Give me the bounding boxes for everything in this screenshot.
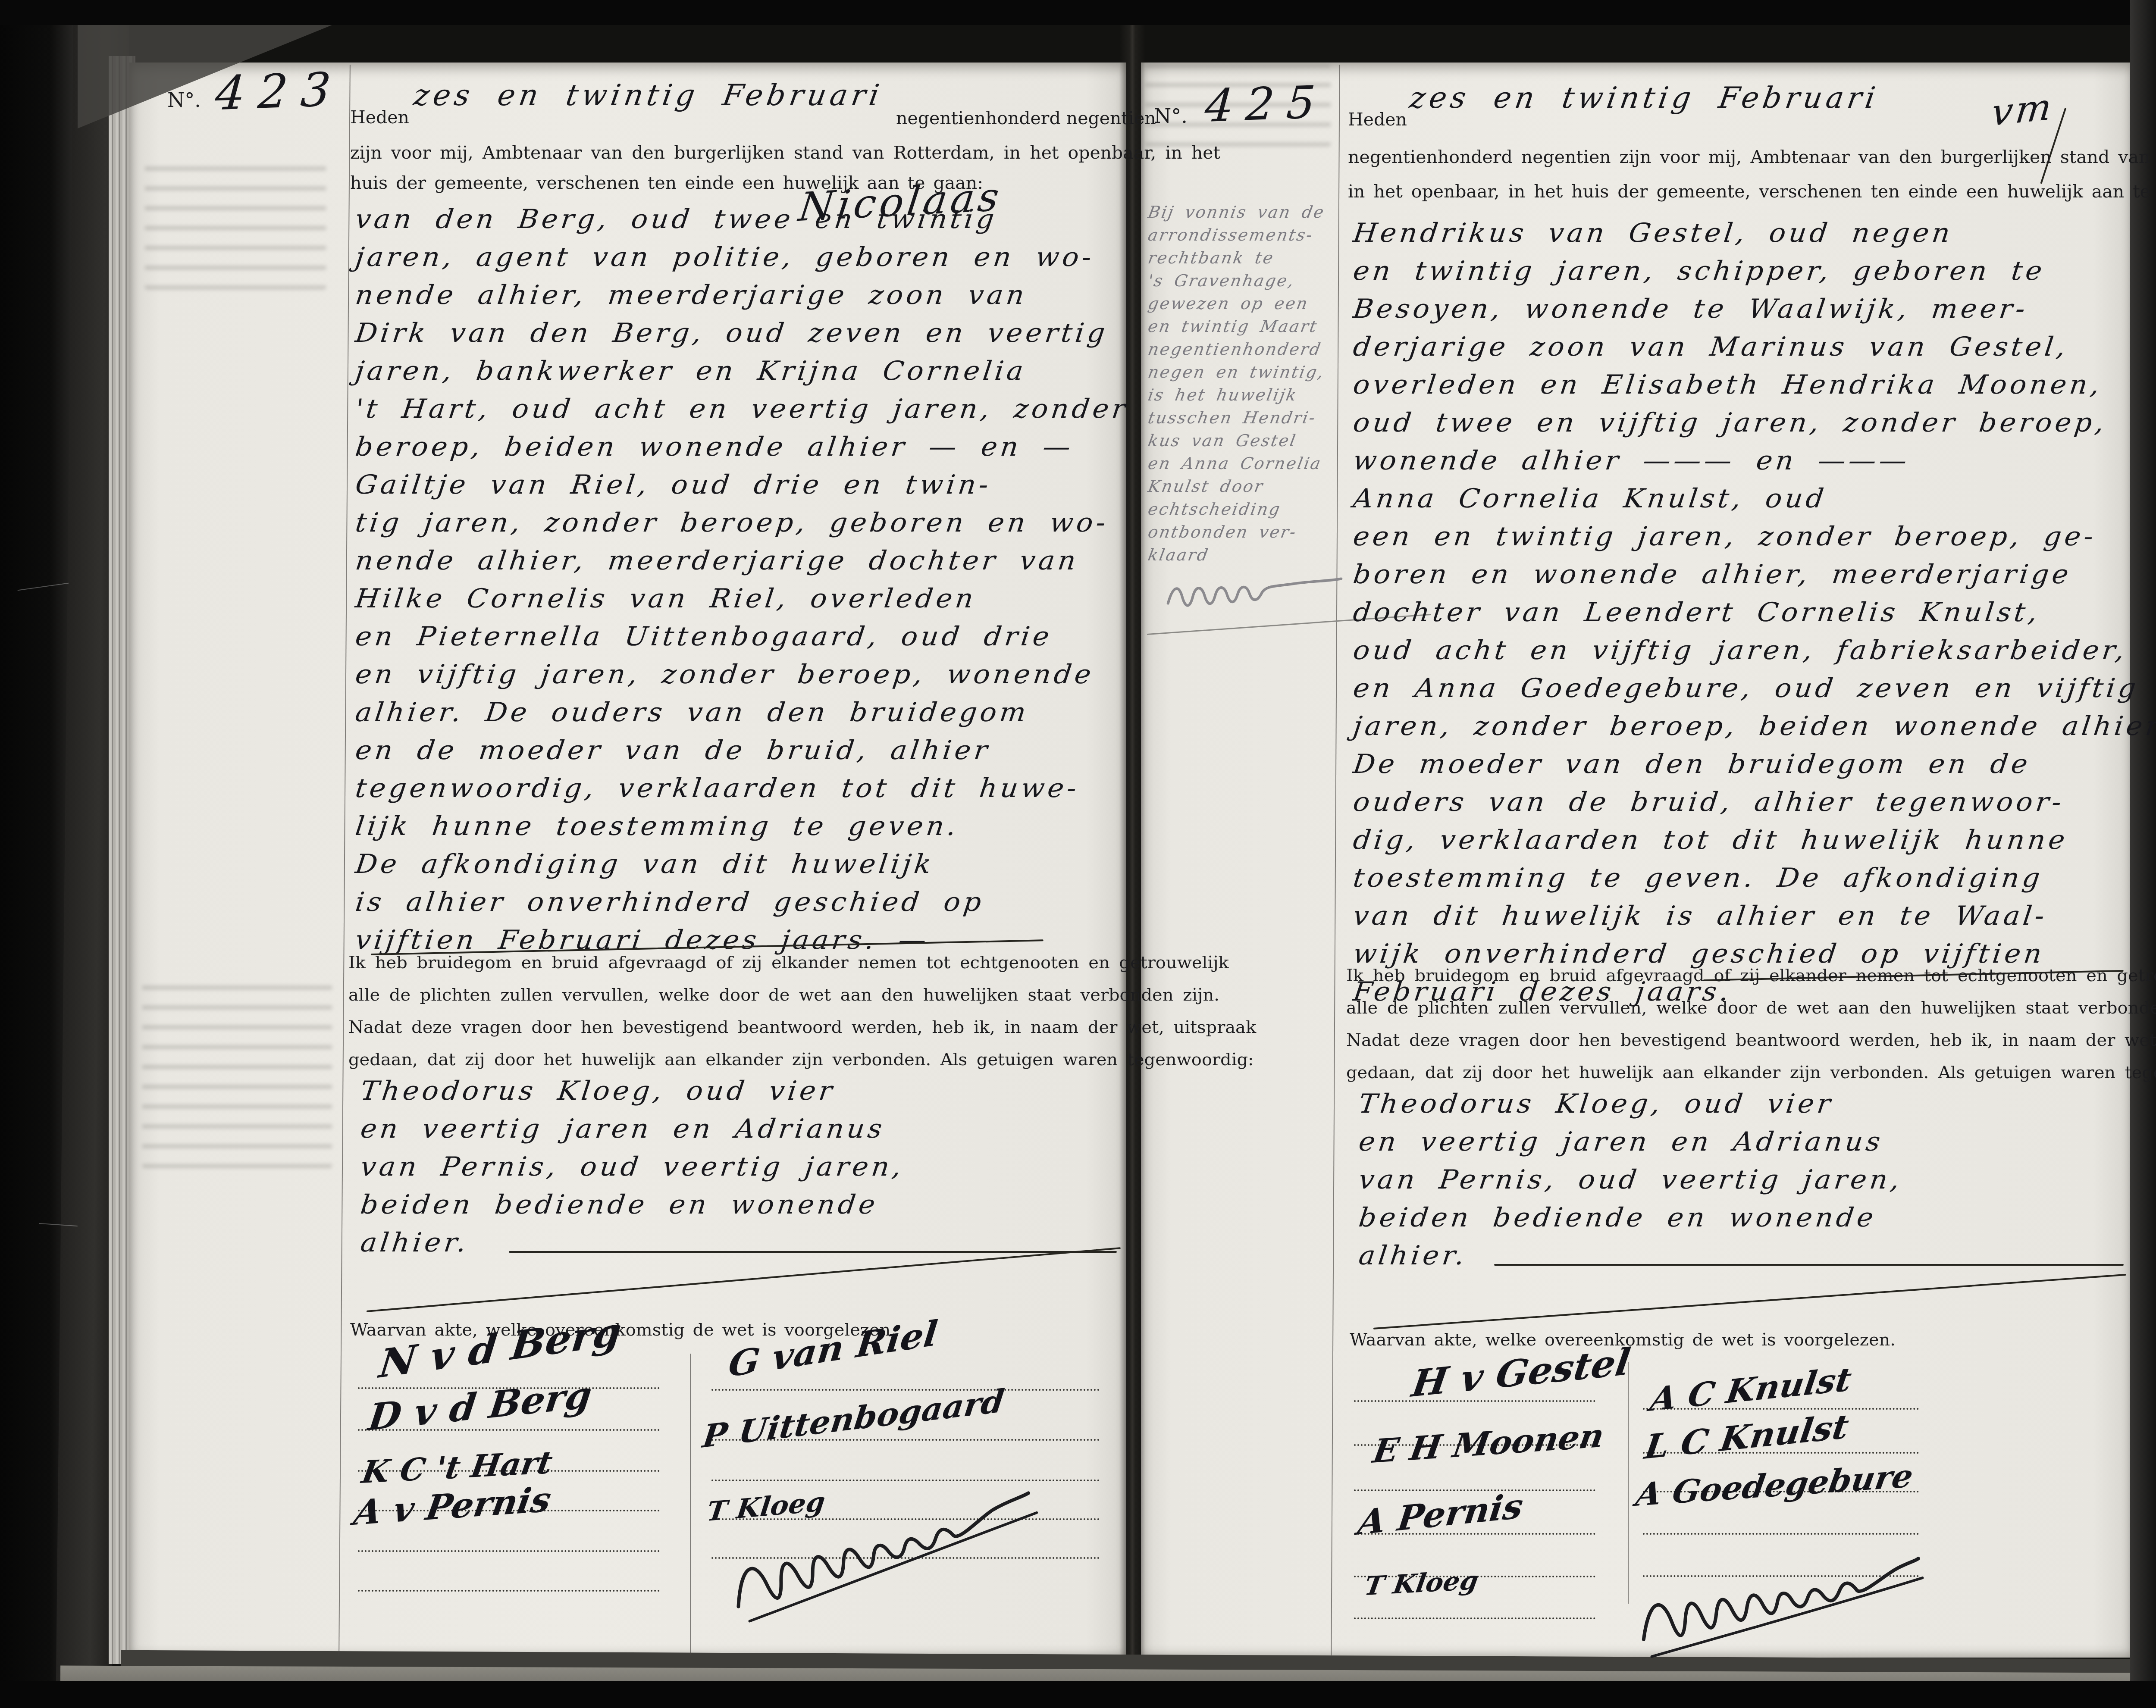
handwritten-line: alhier.	[1356, 1240, 1904, 1278]
handwritten-line: en Pieternella Uittenbogaard, oud drie	[353, 621, 1130, 659]
margin-note-line: rechtbank te	[1146, 248, 1326, 271]
handwritten-line: Anna Cornelia Knulst, oud	[1351, 483, 2156, 521]
microfilm-scan: N°. 423 Heden zes en twintig Februari ne…	[0, 0, 2156, 1708]
oath-printed-block: Ik heb bruidegom en bruid afgevraagd of …	[348, 953, 1256, 1082]
margin-note-line: en twintig Maart	[1146, 317, 1326, 340]
handwritten-line: dochter van Leendert Cornelis Knulst,	[1351, 597, 2156, 635]
printed-line: alle de plichten zullen vervullen, welke…	[348, 985, 1256, 1017]
margin-note-line: klaard	[1146, 545, 1326, 568]
margin-note-line: Bij vonnis van de	[1146, 203, 1326, 225]
handwritten-line: jaren, agent van politie, geboren en wo-	[353, 242, 1130, 280]
act-number-value: 423	[213, 63, 345, 121]
handwritten-line: van dit huwelijk is alhier en te Waal-	[1351, 901, 2156, 938]
handwritten-line: tegenwoordig, verklaarden tot dit huwe-	[353, 773, 1130, 811]
handwritten-line: ouders van de bruid, alhier tegenwoor-	[1351, 787, 2156, 825]
handwritten-line: 't Hart, oud acht en veertig jaren, zond…	[353, 394, 1130, 432]
signature-dotted-line	[711, 1389, 1100, 1391]
handwritten-line: wonende alhier ——— en ———	[1351, 445, 2156, 483]
witnesses-text: Theodorus Kloeg, oud vieren veertig jare…	[358, 1076, 881, 1265]
printed-line: alle de plichten zullen vervullen, welke…	[1346, 998, 2156, 1030]
handwritten-line: overleden en Elisabeth Hendrika Moonen,	[1351, 369, 2156, 407]
handwritten-line: Theodorus Kloeg, oud vier	[1356, 1089, 1904, 1126]
handwritten-line: beiden bediende en wonende	[358, 1189, 906, 1227]
act-number-label: N°.	[167, 88, 201, 112]
handwritten-line: en de moeder van de bruid, alhier	[353, 735, 1130, 773]
margin-note-line: 's Gravenhage,	[1146, 271, 1326, 294]
signature-column-divider	[1628, 1362, 1629, 1604]
printed-line: Nadat deze vragen door hen bevestigend b…	[1346, 1030, 2156, 1063]
margin-note-line: kus van Gestel	[1146, 431, 1326, 454]
handwritten-line: Hilke Cornelis van Riel, overleden	[353, 583, 1130, 621]
handwritten-line: boren en wonende alhier, meerderjarige	[1351, 559, 2156, 597]
handwritten-line: toestemming te geven. De afkondiging	[1351, 863, 2156, 901]
handwritten-line: alhier.	[358, 1227, 906, 1265]
margin-note-line: gewezen op een	[1146, 294, 1326, 317]
margin-note-line: is het huwelijk	[1146, 385, 1326, 408]
handwritten-line: nende alhier, meerderjarige zoon van	[353, 280, 1130, 318]
handwritten-line: jaren, zonder beroep, beiden wonende alh…	[1351, 711, 2156, 749]
witnesses-text: Theodorus Kloeg, oud vieren veertig jare…	[1356, 1089, 1879, 1278]
handwritten-line: Theodorus Kloeg, oud vier	[358, 1076, 906, 1114]
margin-note-line: en Anna Cornelia	[1146, 454, 1326, 477]
handwritten-line: en vijftig jaren, zonder beroep, wonende	[353, 659, 1130, 697]
handwritten-date: zes en twintig Februari	[411, 78, 885, 113]
handwritten-line: Besoyen, wonende te Waalwijk, meer-	[1351, 294, 2156, 332]
act-body-text: van den Berg, oud twee en twintigjaren, …	[353, 204, 1096, 963]
handwritten-line: derjarige zoon van Marinus van Gestel,	[1351, 332, 2156, 369]
handwritten-line: Dirk van den Berg, oud zeven en veertig	[353, 318, 1130, 356]
signature-dotted-line	[358, 1590, 660, 1592]
printed-line: Nadat deze vragen door hen bevestigend b…	[348, 1017, 1256, 1050]
handwritten-line: van den Berg, oud twee en twintig	[353, 204, 1130, 242]
margin-note-line: Knulst door	[1146, 477, 1326, 500]
handwritten-line: beroep, beiden wonende alhier — en —	[353, 432, 1130, 469]
margin-note-line: tusschen Hendri-	[1146, 408, 1326, 431]
bleedthrough-text-ghost	[145, 160, 326, 290]
handwritten-line: dig, verklaarden tot dit huwelijk hunne	[1351, 825, 2156, 863]
printed-line: Ik heb bruidegom en bruid afgevraagd of …	[348, 953, 1256, 985]
act-number-value: 425	[1203, 75, 1329, 132]
signature-dotted-line	[711, 1480, 1100, 1481]
printed-line: Ik heb bruidegom en bruid afgevraagd of …	[1346, 966, 2156, 998]
margin-note-line: arrondissements-	[1146, 225, 1326, 248]
handwritten-line: oud acht en vijftig jaren, fabrieksarbei…	[1351, 635, 2156, 673]
handwritten-line: beiden bediende en wonende	[1356, 1202, 1904, 1240]
handwritten-line: jaren, bankwerker en Krijna Cornelia	[353, 356, 1130, 394]
handwritten-line: en twintig jaren, schipper, geboren te	[1351, 256, 2156, 294]
margin-note-line: ontbonden ver-	[1146, 522, 1326, 545]
handwritten-date: zes en twintig Februari	[1407, 81, 1881, 115]
film-edge-top	[0, 0, 2156, 25]
closing-stroke	[509, 1251, 1117, 1253]
form-word-heden: Heden	[1348, 109, 1407, 130]
handwritten-line: De afkondiging van dit huwelijk	[353, 849, 1130, 887]
act-body-text: Hendrikus van Gestel, oud negenen twinti…	[1351, 218, 2137, 1014]
handwritten-line: nende alhier, meerderjarige dochter van	[353, 545, 1130, 583]
form-word-heden: Heden	[350, 107, 409, 128]
margin-divorce-note: Bij vonnis van dearrondissements-rechtba…	[1148, 203, 1324, 568]
signature-dotted-line	[358, 1550, 660, 1552]
form-line-2: negentienhonderd negentien zijn voor mij…	[1348, 147, 2156, 167]
handwritten-line: van Pernis, oud veertig jaren,	[358, 1151, 906, 1189]
handwritten-line: De moeder van den bruidegom en de	[1351, 749, 2156, 787]
margin-note-line: negentienhonderd	[1146, 340, 1326, 363]
signature-column-divider	[690, 1354, 691, 1655]
act-number-label: N°.	[1154, 104, 1188, 128]
oath-printed-block: Ik heb bruidegom en bruid afgevraagd of …	[1346, 966, 2156, 1095]
signature-dotted-line	[1643, 1533, 1919, 1535]
handwritten-line: lijk hunne toestemming te geven.	[353, 811, 1130, 849]
handwritten-line: en veertig jaren en Adrianus	[1356, 1126, 1904, 1164]
handwritten-line: en veertig jaren en Adrianus	[358, 1114, 906, 1151]
form-line-3: in het openbaar, in het huis der gemeent…	[1348, 181, 2156, 202]
handwritten-line: is alhier onverhinderd geschied op	[353, 887, 1130, 925]
handwritten-date-annotation: vm	[1989, 85, 2056, 135]
signature-dotted-line	[1354, 1617, 1595, 1619]
handwritten-line: Hendrikus van Gestel, oud negen	[1351, 218, 2156, 256]
margin-note-line: negen en twintig,	[1146, 363, 1326, 385]
handwritten-line: Gailtje van Riel, oud drie en twin-	[353, 469, 1130, 507]
form-year-text: negentienhonderd negentien	[896, 108, 1156, 128]
handwritten-line: tig jaren, zonder beroep, geboren en wo-	[353, 507, 1130, 545]
handwritten-line: oud twee en vijftig jaren, zonder beroep…	[1351, 407, 2156, 445]
margin-note-line: echtscheiding	[1146, 500, 1326, 522]
form-line-2: zijn voor mij, Ambtenaar van den burgerl…	[350, 142, 1220, 163]
closing-stroke	[1494, 1264, 2124, 1266]
film-edge-bottom	[0, 1681, 2156, 1708]
handwritten-line: en Anna Goedegebure, oud zeven en vijfti…	[1351, 673, 2156, 711]
handwritten-line: alhier. De ouders van den bruidegom	[353, 697, 1130, 735]
signature-dotted-line	[1354, 1400, 1595, 1402]
bleedthrough-text-ghost	[142, 983, 332, 1168]
handwritten-line: van Pernis, oud veertig jaren,	[1356, 1164, 1904, 1202]
handwritten-line: een en twintig jaren, zonder beroep, ge-	[1351, 521, 2156, 559]
signature-witness-kloeg: T Kloeg	[1362, 1565, 1480, 1602]
